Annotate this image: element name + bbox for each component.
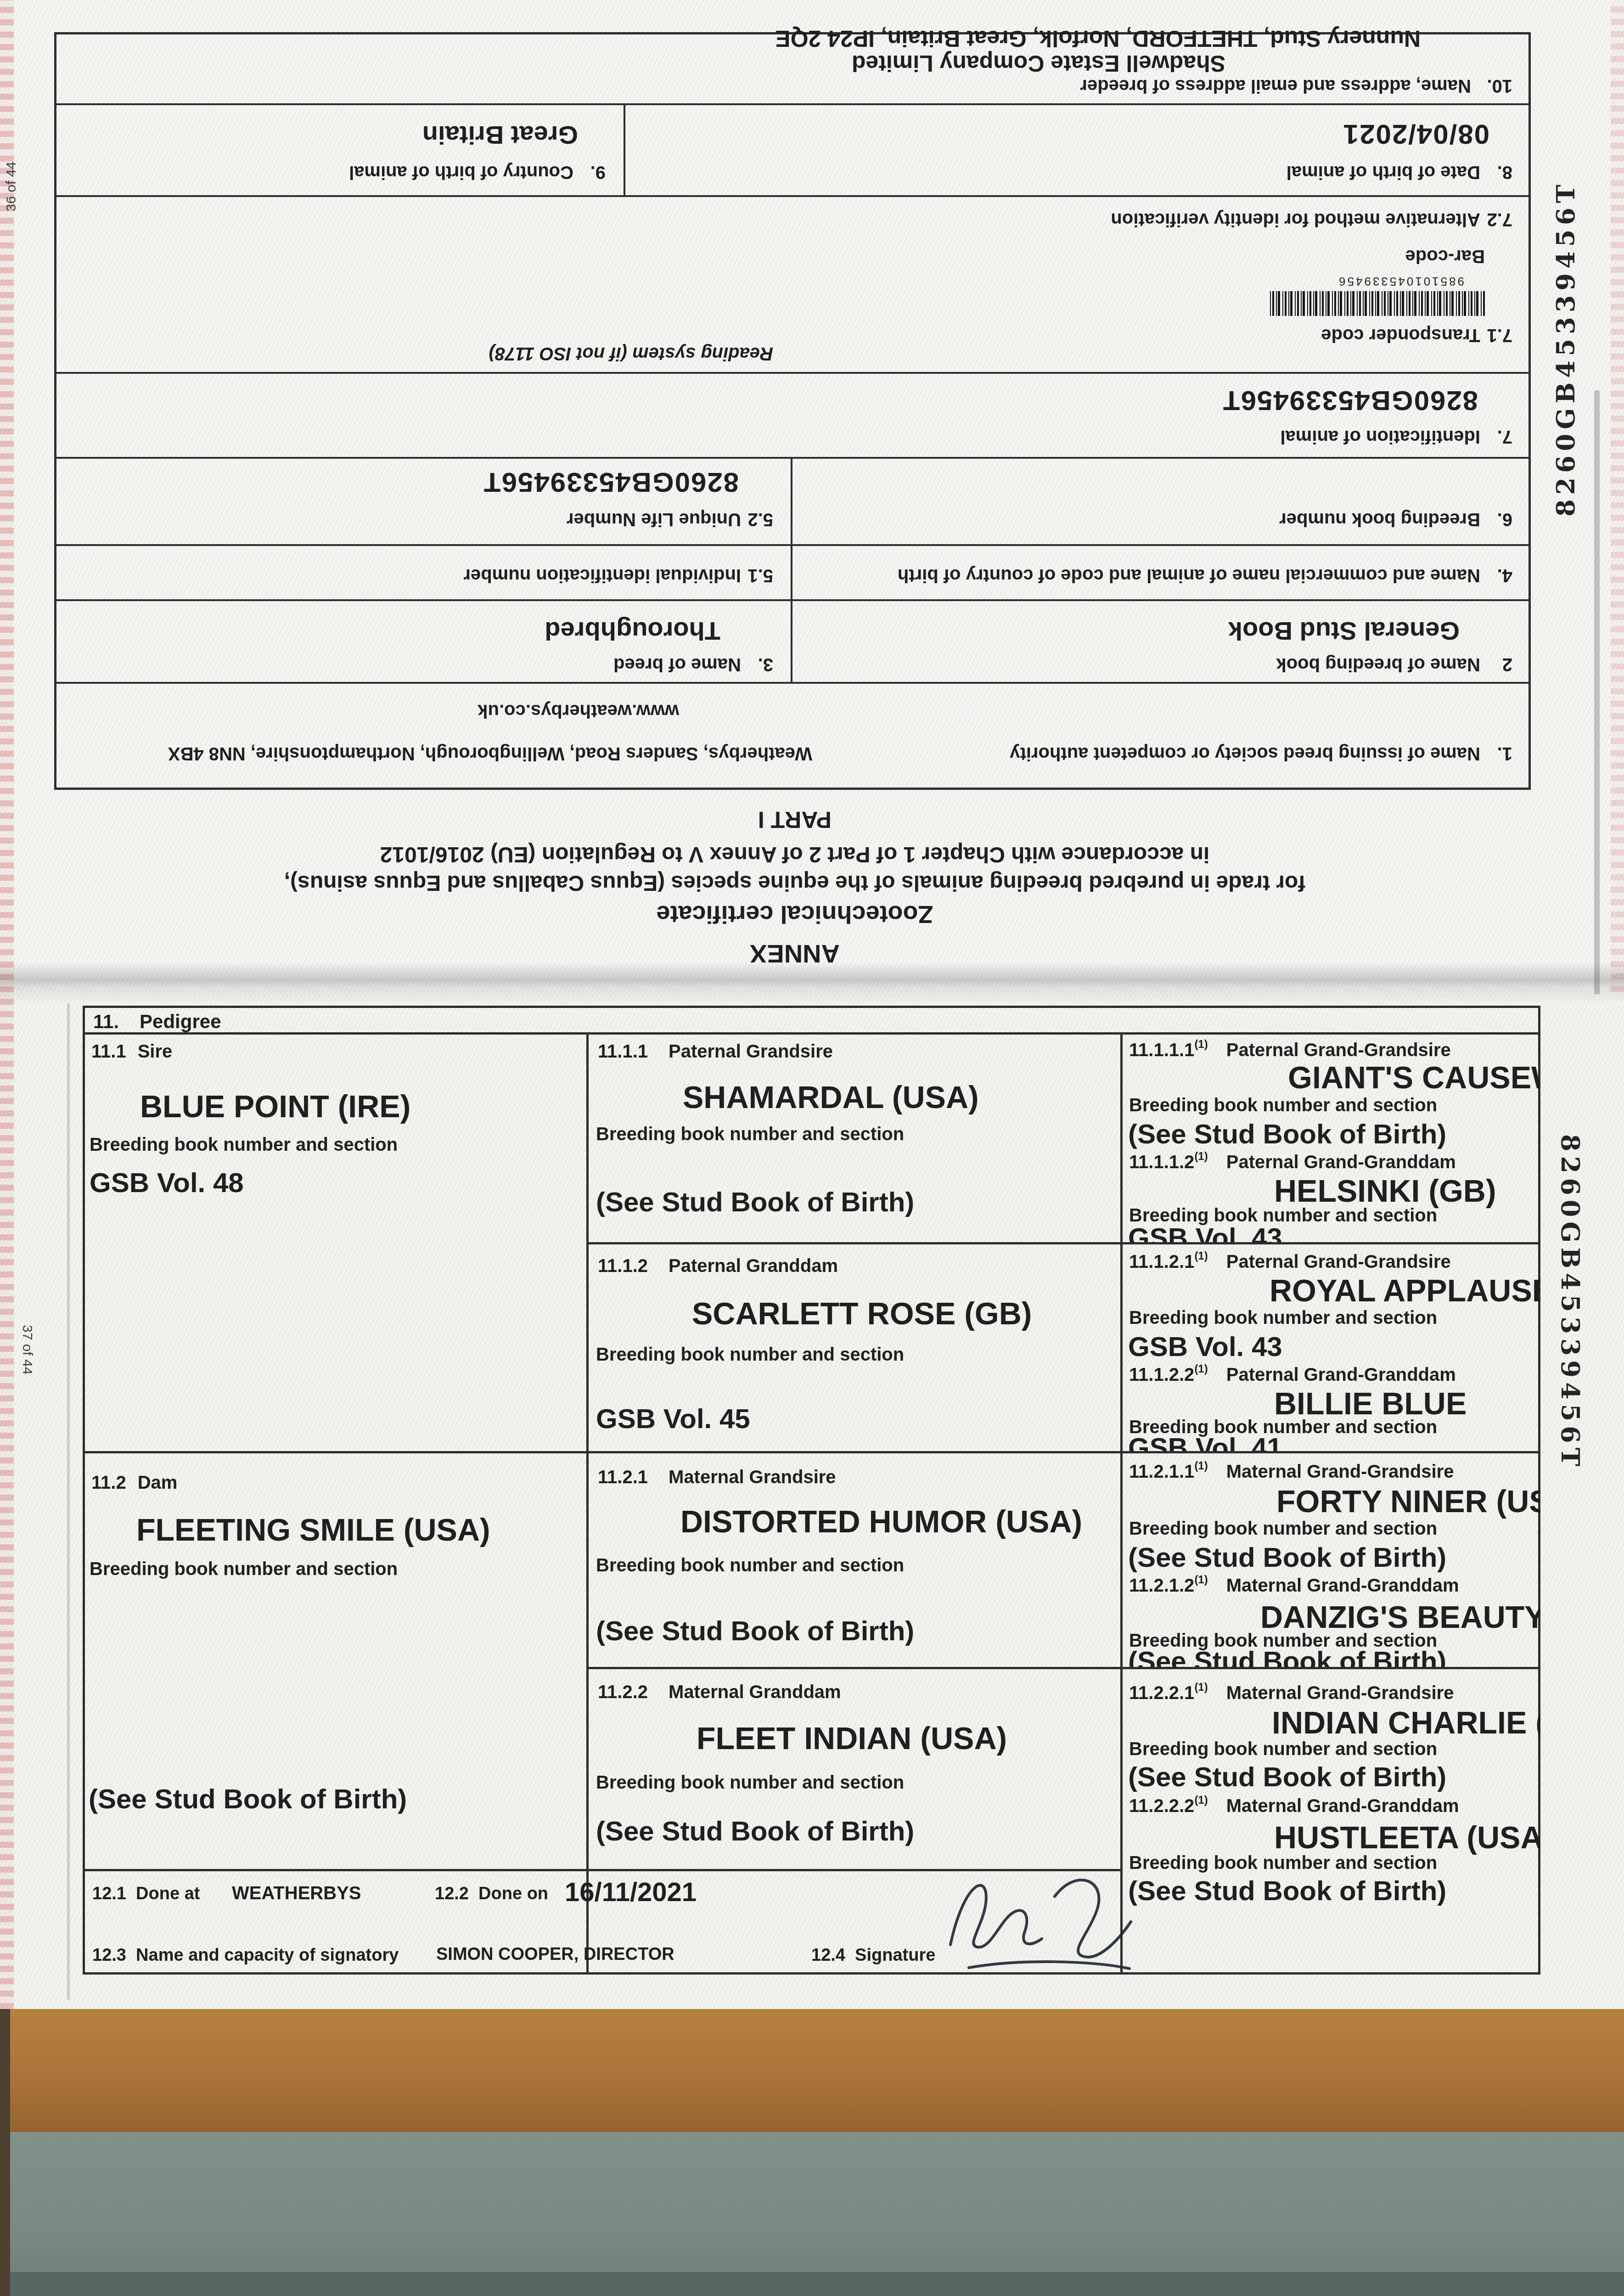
footnote-marker: (1) — [1194, 1460, 1208, 1472]
sire-label: 11.1Sire — [91, 1041, 172, 1062]
gen3-name: DANZIG'S BEAUTY (USA) — [1260, 1599, 1540, 1635]
gen3-name: HELSINKI (GB) — [1274, 1173, 1496, 1209]
field10-value-company: Shadwell Estate Company Limited — [852, 50, 1225, 77]
scanner-gray-band — [0, 2132, 1624, 2296]
footnote-marker: (1) — [1194, 1038, 1208, 1051]
scanner-dark-strip — [0, 2272, 1624, 2296]
field6-label: 6.Breeding book number — [1279, 509, 1512, 529]
part-heading: PART I — [59, 806, 1531, 833]
pedigree-table: 11.Pedigree 11.1Sire BLUE POINT (IRE) Br… — [83, 1006, 1540, 1975]
certificate-title: Zootechnical certificate — [59, 900, 1531, 929]
footnote-marker: (1) — [1194, 1363, 1208, 1375]
column-divider — [791, 546, 792, 599]
sire-book-value: GSB Vol. 48 — [90, 1167, 244, 1199]
field3-value: Thoroughbred — [545, 616, 720, 646]
page-number-top-sheet: 36 of 44 — [4, 162, 19, 211]
gen3-bbns-label: Breeding book number and section — [1129, 1095, 1437, 1116]
dam-label: 11.2Dam — [91, 1473, 177, 1493]
gen3-name: INDIAN CHARLIE (USA) — [1272, 1705, 1540, 1741]
gen3-book-value: (See Stud Book of Birth) — [1128, 1645, 1446, 1669]
gen3-book-value: (See Stud Book of Birth) — [1128, 1542, 1446, 1573]
footnote-marker: (1) — [1194, 1150, 1208, 1163]
field9-value: Great Britain — [422, 120, 578, 150]
book-edge-dark-left — [0, 2009, 10, 2296]
field1-label: 1.Name of issuing breed society or compe… — [1010, 743, 1512, 764]
certificate-form-table: 1.Name of issuing breed society or compe… — [54, 32, 1531, 790]
gen2-label: 11.1.2Paternal Granddam — [598, 1256, 838, 1277]
field2-value: General Stud Book — [1228, 616, 1460, 646]
gen2-label: 11.2.1Maternal Grandsire — [598, 1467, 836, 1488]
gen3-book-value: (See Stud Book of Birth) — [1128, 1118, 1446, 1150]
gen3-label: 11.1.2.2(1)Paternal Grand-Granddam — [1129, 1363, 1456, 1385]
cell-paternal-granddam: 11.1.2Paternal Granddam SCARLETT ROSE (G… — [589, 1244, 1120, 1453]
gen3-bbns-label: Breeding book number and section — [1129, 1519, 1437, 1539]
dam-bbns-label: Breeding book number and section — [90, 1559, 398, 1580]
field3-label: 3.Name of breed — [613, 654, 773, 675]
cell-gen3-c: 11.2.1.1(1)Maternal Grand-Grandsire FORT… — [1123, 1453, 1540, 1669]
gen3-book-value: (See Stud Book of Birth) — [1128, 1761, 1446, 1793]
row-breeding-book: 2Name of breeding book General Stud Book… — [56, 599, 1528, 682]
cell-sire: 11.1Sire BLUE POINT (IRE) Breeding book … — [85, 1035, 586, 1453]
gen3-book-value: (See Stud Book of Birth) — [1128, 1875, 1446, 1907]
gen3-label: 11.2.1.2(1)Maternal Grand-Granddam — [1129, 1574, 1459, 1596]
gen3-name: FORTY NINER (USA) — [1276, 1484, 1540, 1519]
certificate-page-pedigree: 11.Pedigree 11.1Sire BLUE POINT (IRE) Br… — [69, 992, 1566, 2014]
gen2-label: 11.1.1Paternal Grandsire — [598, 1041, 833, 1062]
gen3-name: ROYAL APPLAUSE (GB) — [1270, 1273, 1540, 1309]
field7-2-label: 7.2Alternative method for identity verif… — [1111, 209, 1512, 230]
gen2-name: DISTORTED HUMOR (USA) — [680, 1504, 1082, 1540]
row-identification: 7.Identification of animal 8260GB4533945… — [56, 372, 1528, 457]
certificate-page-part1: ANNEX Zootechnical certificate for trade… — [51, 39, 1566, 974]
gen3-book-value: GSB Vol. 43 — [1128, 1222, 1282, 1244]
gen3-label: 11.1.2.1(1)Paternal Grand-Grandsire — [1129, 1250, 1451, 1272]
gen3-bbns-label: Breeding book number and section — [1129, 1853, 1437, 1874]
row-breeder: 10.Name, address and email address of br… — [56, 39, 1528, 103]
dam-name: FLEETING SMILE (USA) — [136, 1512, 490, 1548]
gen2-book-value: (See Stud Book of Birth) — [596, 1186, 914, 1218]
page-edge-shadow-right — [1594, 390, 1600, 994]
cell-gen3-d: 11.2.2.1(1)Maternal Grand-Grandsire INDI… — [1123, 1669, 1540, 1975]
gen3-book-value: GSB Vol. 43 — [1128, 1331, 1282, 1362]
gen2-label: 11.2.2Maternal Granddam — [598, 1682, 841, 1703]
field2-label: 2Name of breeding book — [1276, 654, 1513, 675]
gen3-label: 11.1.1.2(1)Paternal Grand-Granddam — [1129, 1150, 1456, 1173]
cell-dam: 11.2Dam FLEETING SMILE (USA) Breeding bo… — [85, 1453, 586, 1871]
barcode — [1269, 291, 1485, 316]
field9-label: 9.Country of birth of animal — [349, 162, 606, 182]
cell-maternal-granddam: 11.2.2Maternal Granddam FLEET INDIAN (US… — [589, 1669, 1120, 1871]
document-code-vertical-top: 8260GB45339456T — [1551, 135, 1580, 517]
footnote-marker: (1) — [1194, 1681, 1208, 1694]
column-divider — [791, 601, 792, 682]
cell-gen3-a: 11.1.1.1(1)Paternal Grand-Grandsire GIAN… — [1123, 1035, 1540, 1244]
security-edge-left — [0, 0, 14, 2009]
row-transponder: Reading system (if not ISO 1178) 7.1Tran… — [56, 195, 1528, 372]
barcode-number: 985101045339456 — [1337, 274, 1464, 288]
footnote-marker: (1) — [1194, 1794, 1208, 1806]
pedigree-header-row: 11.Pedigree — [85, 1008, 1538, 1035]
row-animal-name: 4.Name and commercial name of animal and… — [56, 544, 1528, 599]
cell-paternal-grandsire: 11.1.1Paternal Grandsire SHAMARDAL (USA)… — [589, 1035, 1120, 1244]
field12-1-value: WEATHERBYS — [232, 1883, 361, 1904]
dam-book-value: (See Stud Book of Birth) — [89, 1783, 407, 1815]
gen3-bbns-label: Breeding book number and section — [1129, 1308, 1437, 1328]
document-code-vertical-bottom: 8260GB45339456T — [1556, 1134, 1585, 1529]
gen2-name: SHAMARDAL (USA) — [683, 1080, 979, 1115]
footnote-marker: (1) — [1194, 1574, 1208, 1586]
gen2-book-value: (See Stud Book of Birth) — [596, 1615, 914, 1647]
field7-1-label: 7.1Transponder code — [1321, 325, 1512, 345]
field8-label: 8.Date of birth of animal — [1287, 162, 1512, 182]
page-number-bottom-sheet: 37 of 44 — [19, 1325, 35, 1374]
scanned-certificate: { "doc": { "top_page": { "page_number": … — [0, 0, 1624, 2296]
gen2-book-value: (See Stud Book of Birth) — [596, 1815, 914, 1847]
row-breeding-book-number: 6.Breeding book number 5.2Unique Life Nu… — [56, 457, 1528, 544]
barcode-caption: Bar-code — [1405, 246, 1485, 266]
field1-website: www.weatherbys.co.uk — [478, 700, 679, 721]
sire-name: BLUE POINT (IRE) — [140, 1089, 410, 1125]
certificate-subtitle-line2: in accordance with Chapter 1 of Part 2 o… — [59, 842, 1531, 867]
gen3-name: HUSTLEETA (USA) — [1274, 1820, 1540, 1856]
footnote-marker: (1) — [1194, 1250, 1208, 1262]
field12-1-label: 12.1 Done at — [92, 1884, 200, 1904]
cell-maternal-grandsire: 11.2.1Maternal Grandsire DISTORTED HUMOR… — [589, 1453, 1120, 1669]
field10-value-address: Nunnery Stud, THETFORD, Norfolk, Great B… — [775, 25, 1421, 52]
annex-heading: ANNEX — [59, 939, 1531, 969]
gen3-label: 11.2.2.2(1)Maternal Grand-Granddam — [1129, 1794, 1459, 1817]
row-birth: 8.Date of birth of animal 08/04/2021 9.C… — [56, 103, 1528, 195]
gen2-name: FLEET INDIAN (USA) — [697, 1721, 1007, 1756]
gen3-label: 11.2.2.1(1)Maternal Grand-Grandsire — [1129, 1681, 1454, 1704]
gen2-name: SCARLETT ROSE (GB) — [692, 1296, 1032, 1332]
field8-value: 08/04/2021 — [1343, 118, 1489, 150]
gen3-name: GIANT'S CAUSEWAY (USA) — [1288, 1060, 1540, 1096]
field1-number: 1. — [1480, 743, 1512, 764]
field12-2-value: 16/11/2021 — [565, 1877, 697, 1908]
book-edge-tan-band — [0, 2009, 1624, 2132]
field12-2-label: 12.2 Done on — [435, 1884, 548, 1904]
field5-1-label: 5.1Individual identification number — [464, 565, 773, 585]
column-divider — [791, 459, 792, 544]
gen3-name: BILLIE BLUE — [1274, 1386, 1467, 1422]
reading-system-note: Reading system (if not ISO 1178) — [489, 343, 773, 364]
gen3-label: 11.1.1.1(1)Paternal Grand-Grandsire — [1129, 1038, 1451, 1061]
gen3-bbns-label: Breeding book number and section — [1129, 1739, 1437, 1760]
gen2-bbns-label: Breeding book number and section — [596, 1124, 904, 1145]
field12-4-label: 12.4 Signature — [811, 1946, 935, 1965]
field12-3-label: 12.3 Name and capacity of signatory — [92, 1946, 399, 1965]
gen3-book-value: GSB Vol. 41 — [1128, 1432, 1282, 1453]
field4-label: 4.Name and commercial name of animal and… — [898, 565, 1512, 585]
gen3-label: 11.2.1.1(1)Maternal Grand-Grandsire — [1129, 1460, 1454, 1482]
column-divider — [624, 105, 625, 195]
field1-value: Weatherbys, Sanders Road, Wellingborough… — [168, 743, 812, 764]
pedigree-heading: 11.Pedigree — [93, 1011, 221, 1033]
field5-2-value: 8260GB45339456T — [483, 467, 739, 498]
row-issuing-society: 1.Name of issuing breed society or compe… — [56, 682, 1528, 788]
field7-value: 8260GB45339456T — [1222, 385, 1478, 416]
sire-bbns-label: Breeding book number and section — [90, 1135, 398, 1155]
field12-3-value: SIMON COOPER, DIRECTOR — [436, 1945, 674, 1964]
cell-gen3-b: 11.1.2.1(1)Paternal Grand-Grandsire ROYA… — [1123, 1244, 1540, 1453]
gen2-bbns-label: Breeding book number and section — [596, 1773, 904, 1793]
gen2-book-value: GSB Vol. 45 — [596, 1403, 750, 1435]
row-done-signature: 12.1 Done at WEATHERBYS 12.2 Done on 16/… — [85, 1871, 1120, 1975]
field5-2-label: 5.2Unique Life Number — [567, 509, 773, 529]
field7-label: 7.Identification of animal — [1280, 426, 1512, 447]
field10-label: 10.Name, address and email address of br… — [1080, 75, 1512, 96]
certificate-subtitle-line1: for trade in purebred breeding animals o… — [59, 870, 1531, 895]
gen2-bbns-label: Breeding book number and section — [596, 1345, 904, 1365]
security-edge-right — [1611, 0, 1624, 992]
signature-image — [925, 1855, 1141, 1979]
gen2-bbns-label: Breeding book number and section — [596, 1555, 904, 1576]
